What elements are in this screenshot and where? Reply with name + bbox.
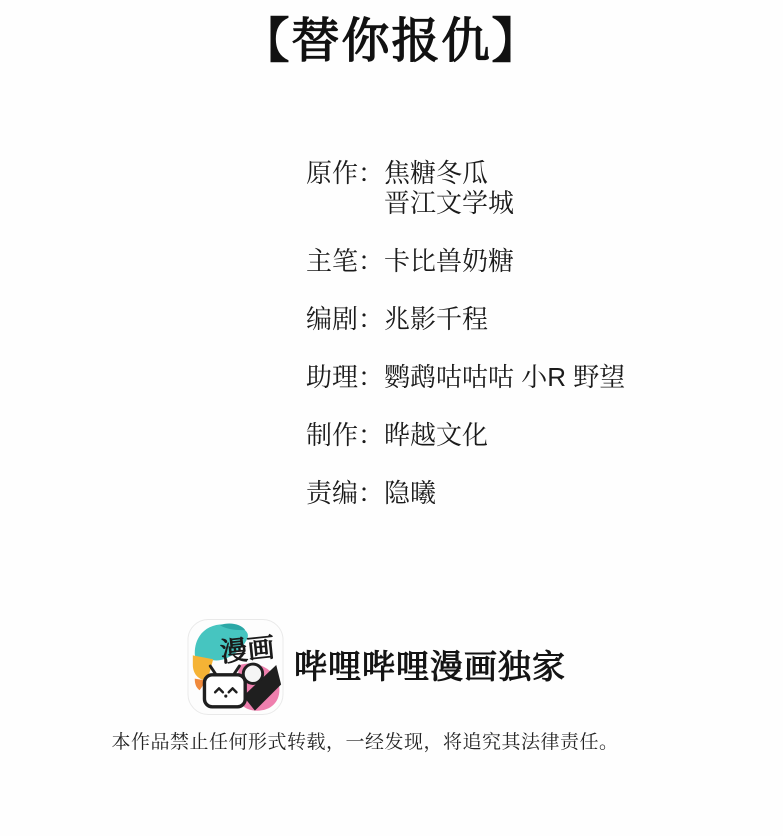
credit-row-production: 制作： 晔越文化 [306, 420, 625, 450]
icon-wordmark: 漫画 [219, 631, 276, 668]
credit-value: 兆影千程 [384, 304, 488, 334]
credit-role-label: 制作： [306, 420, 384, 450]
credit-value: 焦糖冬瓜 晋江文学城 [384, 158, 514, 218]
credit-row-lead-artist: 主笔： 卡比兽奶糖 [306, 246, 625, 276]
credit-row-assistants: 助理： 鹦鹉咕咕咕 小R 野望 [306, 362, 625, 392]
credit-row-editor: 责编： 隐曦 [306, 478, 625, 508]
page-title: 【替你报仇】 [0, 2, 783, 71]
credit-role-label: 原作： [306, 158, 384, 188]
credit-role-label: 主笔： [306, 246, 384, 276]
credit-value-line: 隐曦 [384, 478, 436, 508]
credit-row-original-author: 原作： 焦糖冬瓜 晋江文学城 [306, 158, 625, 218]
credit-value-line: 晋江文学城 [384, 188, 514, 218]
credit-role-label: 助理： [306, 362, 384, 392]
bilibili-manga-app-icon: 漫画 [187, 618, 284, 716]
credit-value: 鹦鹉咕咕咕 小R 野望 [384, 362, 625, 392]
copyright-disclaimer: 本作品禁止任何形式转载，一经发现，将追究其法律责任。 [0, 727, 730, 754]
credits-list: 原作： 焦糖冬瓜 晋江文学城 主笔： 卡比兽奶糖 编剧： 兆影千程 助理： 鹦鹉… [306, 158, 625, 536]
credit-value: 隐曦 [384, 478, 436, 508]
credit-role-label: 责编： [306, 478, 384, 508]
credit-value-line: 卡比兽奶糖 [384, 246, 514, 276]
credit-value-line: 晔越文化 [384, 420, 488, 450]
credit-role-label: 编剧： [306, 304, 384, 334]
publisher-banner: 漫画 哔哩哔哩漫画独家 [187, 618, 566, 716]
credits-page: 【替你报仇】 原作： 焦糖冬瓜 晋江文学城 主笔： 卡比兽奶糖 编剧： 兆影千程 [0, 0, 783, 836]
icon-tv-mascot [204, 675, 245, 707]
credit-value-line: 焦糖冬瓜 [384, 158, 514, 188]
credit-value: 卡比兽奶糖 [384, 246, 514, 276]
credit-value: 晔越文化 [384, 420, 488, 450]
publisher-exclusive-text: 哔哩哔哩漫画独家 [294, 618, 566, 716]
credit-row-screenwriter: 编剧： 兆影千程 [306, 304, 625, 334]
credit-value-line: 兆影千程 [384, 304, 488, 334]
credit-value-line: 鹦鹉咕咕咕 小R 野望 [384, 362, 625, 392]
